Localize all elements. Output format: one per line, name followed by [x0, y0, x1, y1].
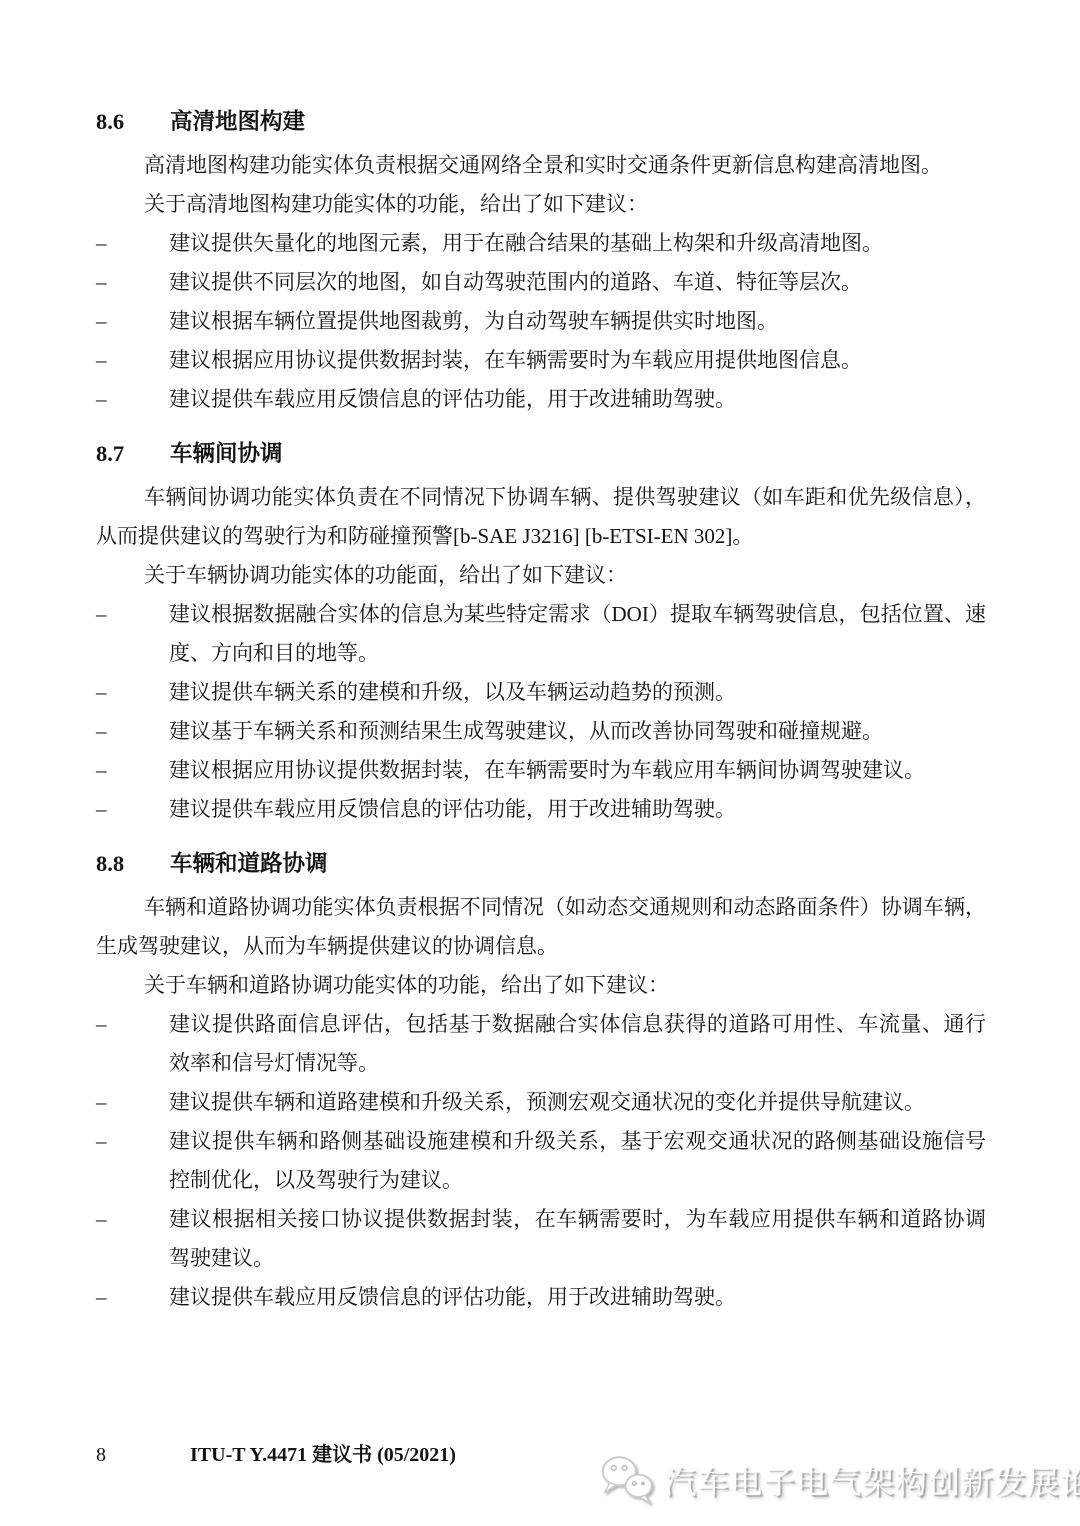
bullet-dash: –: [96, 673, 169, 712]
paragraph: 关于高清地图构建功能实体的功能，给出了如下建议：: [96, 185, 986, 224]
section-number: 8.7: [96, 436, 170, 472]
bullet-text: 建议根据应用协议提供数据封装，在车辆需要时为车载应用车辆间协调驾驶建议。: [169, 751, 986, 790]
bullet-item: – 建议根据应用协议提供数据封装，在车辆需要时为车载应用车辆间协调驾驶建议。: [96, 751, 986, 790]
bullet-text: 建议提供矢量化的地图元素，用于在融合结果的基础上构架和升级高清地图。: [169, 224, 986, 263]
bullet-item: – 建议提供路面信息评估，包括基于数据融合实体信息获得的道路可用性、车流量、通行…: [96, 1005, 986, 1083]
page-number: 8: [96, 1442, 190, 1468]
bullet-text: 建议提供车载应用反馈信息的评估功能，用于改进辅助驾驶。: [169, 380, 986, 419]
section-number: 8.8: [96, 846, 170, 882]
bullet-text: 建议根据数据融合实体的信息为某些特定需求（DOI）提取车辆驾驶信息，包括位置、速…: [169, 595, 986, 673]
paragraph: 高清地图构建功能实体负责根据交通网络全景和实时交通条件更新信息构建高清地图。: [96, 146, 986, 185]
bullet-text: 建议提供不同层次的地图，如自动驾驶范围内的道路、车道、特征等层次。: [169, 263, 986, 302]
bullet-item: – 建议提供车载应用反馈信息的评估功能，用于改进辅助驾驶。: [96, 1278, 986, 1317]
bullet-item: – 建议根据应用协议提供数据封装，在车辆需要时为车载应用提供地图信息。: [96, 341, 986, 380]
bullet-item: – 建议提供车辆关系的建模和升级，以及车辆运动趋势的预测。: [96, 673, 986, 712]
bullet-dash: –: [96, 1005, 169, 1083]
section-heading: 8.8 车辆和道路协调: [96, 846, 986, 882]
section-title: 高清地图构建: [170, 104, 305, 140]
bullet-dash: –: [96, 380, 169, 419]
bullet-text: 建议根据相关接口协议提供数据封装，在车辆需要时，为车载应用提供车辆和道路协调驾驶…: [169, 1200, 986, 1278]
section-heading: 8.7 车辆间协调: [96, 436, 986, 472]
bullet-text: 建议根据应用协议提供数据封装，在车辆需要时为车载应用提供地图信息。: [169, 341, 986, 380]
paragraph: 关于车辆和道路协调功能实体的功能，给出了如下建议：: [96, 966, 986, 1005]
watermark-text: 汽车电子电气架构创新发展论坛: [664, 1457, 1080, 1503]
section-heading: 8.6 高清地图构建: [96, 104, 986, 140]
document-page: 8.6 高清地图构建 高清地图构建功能实体负责根据交通网络全景和实时交通条件更新…: [0, 0, 1080, 1526]
bullet-text: 建议提供车载应用反馈信息的评估功能，用于改进辅助驾驶。: [169, 1278, 986, 1317]
bullet-item: – 建议提供不同层次的地图，如自动驾驶范围内的道路、车道、特征等层次。: [96, 263, 986, 302]
section-8-6: 8.6 高清地图构建 高清地图构建功能实体负责根据交通网络全景和实时交通条件更新…: [96, 104, 986, 419]
bullet-dash: –: [96, 712, 169, 751]
section-8-7: 8.7 车辆间协调 车辆间协调功能实体负责在不同情况下协调车辆、提供驾驶建议（如…: [96, 436, 986, 829]
bullet-dash: –: [96, 1200, 169, 1278]
watermark: 汽车电子电气架构创新发展论坛: [596, 1444, 1076, 1516]
bullet-dash: –: [96, 224, 169, 263]
wechat-icon: [596, 1450, 658, 1510]
section-title: 车辆间协调: [170, 436, 283, 472]
bullet-dash: –: [96, 1083, 169, 1122]
bullet-item: – 建议根据车辆位置提供地图裁剪，为自动驾驶车辆提供实时地图。: [96, 302, 986, 341]
paragraph: 车辆和道路协调功能实体负责根据不同情况（如动态交通规则和动态路面条件）协调车辆，…: [96, 888, 986, 966]
document-title: ITU-T Y.4471 建议书 (05/2021): [190, 1442, 456, 1468]
bullet-item: – 建议基于车辆关系和预测结果生成驾驶建议，从而改善协同驾驶和碰撞规避。: [96, 712, 986, 751]
bullet-dash: –: [96, 790, 169, 829]
section-title: 车辆和道路协调: [170, 846, 328, 882]
bullet-item: – 建议根据相关接口协议提供数据封装，在车辆需要时，为车载应用提供车辆和道路协调…: [96, 1200, 986, 1278]
bullet-dash: –: [96, 341, 169, 380]
bullet-dash: –: [96, 302, 169, 341]
bullet-item: – 建议提供车载应用反馈信息的评估功能，用于改进辅助驾驶。: [96, 380, 986, 419]
page-footer: 8 ITU-T Y.4471 建议书 (05/2021): [96, 1442, 456, 1468]
bullet-item: – 建议提供车载应用反馈信息的评估功能，用于改进辅助驾驶。: [96, 790, 986, 829]
bullet-text: 建议基于车辆关系和预测结果生成驾驶建议，从而改善协同驾驶和碰撞规避。: [169, 712, 986, 751]
paragraph: 车辆间协调功能实体负责在不同情况下协调车辆、提供驾驶建议（如车距和优先级信息），…: [96, 478, 986, 556]
bullet-item: – 建议提供矢量化的地图元素，用于在融合结果的基础上构架和升级高清地图。: [96, 224, 986, 263]
bullet-dash: –: [96, 751, 169, 790]
bullet-item: – 建议根据数据融合实体的信息为某些特定需求（DOI）提取车辆驾驶信息，包括位置…: [96, 595, 986, 673]
paragraph: 关于车辆协调功能实体的功能面，给出了如下建议：: [96, 556, 986, 595]
bullet-item: – 建议提供车辆和路侧基础设施建模和升级关系，基于宏观交通状况的路侧基础设施信号…: [96, 1122, 986, 1200]
bullet-dash: –: [96, 595, 169, 673]
bullet-dash: –: [96, 1278, 169, 1317]
bullet-text: 建议提供路面信息评估，包括基于数据融合实体信息获得的道路可用性、车流量、通行效率…: [169, 1005, 986, 1083]
document-body: 8.6 高清地图构建 高清地图构建功能实体负责根据交通网络全景和实时交通条件更新…: [96, 104, 986, 1317]
bullet-text: 建议提供车辆关系的建模和升级，以及车辆运动趋势的预测。: [169, 673, 986, 712]
bullet-text: 建议提供车辆和道路建模和升级关系，预测宏观交通状况的变化并提供导航建议。: [169, 1083, 986, 1122]
bullet-text: 建议提供车辆和路侧基础设施建模和升级关系，基于宏观交通状况的路侧基础设施信号控制…: [169, 1122, 986, 1200]
bullet-text: 建议根据车辆位置提供地图裁剪，为自动驾驶车辆提供实时地图。: [169, 302, 986, 341]
bullet-dash: –: [96, 1122, 169, 1200]
section-8-8: 8.8 车辆和道路协调 车辆和道路协调功能实体负责根据不同情况（如动态交通规则和…: [96, 846, 986, 1317]
bullet-item: – 建议提供车辆和道路建模和升级关系，预测宏观交通状况的变化并提供导航建议。: [96, 1083, 986, 1122]
bullet-dash: –: [96, 263, 169, 302]
bullet-text: 建议提供车载应用反馈信息的评估功能，用于改进辅助驾驶。: [169, 790, 986, 829]
section-number: 8.6: [96, 104, 170, 140]
